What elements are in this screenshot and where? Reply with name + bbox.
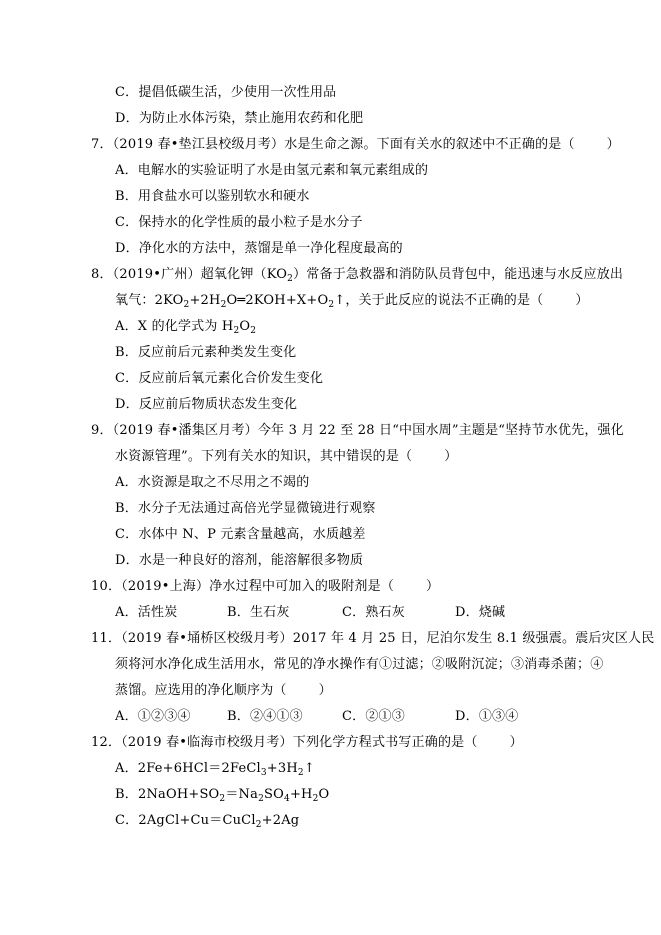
q9-option-d: D．水是一种良好的溶剂，能溶解很多物质 (115, 550, 363, 572)
question-number: 10． (91, 579, 121, 594)
q10-stem: 10．（2019•上海）净水过程中可加入的吸附剂是（） (91, 576, 439, 598)
q7-option-b: B．用食盐水可以鉴别软水和硬水 (115, 186, 310, 208)
option-label: C． (115, 85, 138, 100)
option-text: 提倡低碳生活，少使用一次性用品 (138, 85, 336, 100)
question-number: 9． (91, 423, 113, 438)
q8-option-b: B．反应前后元素种类发生变化 (115, 342, 296, 364)
question-number: 12． (91, 735, 121, 750)
question-number: 8． (91, 267, 113, 282)
q10-options-row: A．活性炭 B．生石灰 C．熟石灰 D．烧碱 (115, 602, 575, 624)
option-label: D． (115, 111, 139, 126)
question-source: （2019 春•埇桥区校级月考） (121, 631, 293, 646)
q6-option-c: C．提倡低碳生活，少使用一次性用品 (115, 82, 336, 104)
chemical-equation: 2KO2+2H2O═2KOH+X+O2↑ (155, 293, 346, 308)
q9-stem-line2: 水资源管理”。下列有关水的知识，其中错误的是（） (115, 446, 457, 468)
question-number: 7． (91, 137, 113, 152)
q7-stem: 7．（2019 春•垫江县校级月考）水是生命之源。下面有关水的叙述中不正确的是（… (91, 134, 620, 156)
q9-option-c: C．水体中 N、P 元素含量越高，水质越差 (115, 524, 366, 546)
q10-option-b: B．生石灰 (227, 602, 290, 624)
q8-stem-line2: 氧气：2KO2+2H2O═2KOH+X+O2↑，关于此反应的说法不正确的是（） (115, 290, 589, 312)
q7-option-c: C．保持水的化学性质的最小粒子是水分子 (115, 212, 363, 234)
question-source: （2019 春•临海市校级月考） (121, 735, 293, 750)
question-source: （2019 春•垫江县校级月考） (113, 137, 285, 152)
q11-option-b: B．②④①③ (227, 706, 303, 728)
question-source: （2019•上海） (121, 579, 209, 594)
q10-option-a: A．活性炭 (115, 602, 177, 624)
question-source: （2019•广州） (113, 267, 201, 282)
q11-options-row: A．①②③④ B．②④①③ C．②①③ D．①③④ (115, 706, 575, 728)
q11-option-c: C．②①③ (342, 706, 405, 728)
q11-stem-line3: 蒸馏。应选用的净化顺序为（） (115, 680, 332, 702)
q11-option-a: A．①②③④ (115, 706, 191, 728)
q7-option-d: D．净化水的方法中，蒸馏是单一净化程度最高的 (115, 238, 403, 260)
q10-option-d: D．烧碱 (455, 602, 505, 624)
q11-option-d: D．①③④ (455, 706, 518, 728)
exam-page: C．提倡低碳生活，少使用一次性用品 D．为防止水体污染，禁止施用农药和化肥 7．… (0, 0, 661, 935)
q8-stem-line1: 8．（2019•广州）超氧化钾（KO2）常备于急救器和消防队员背包中，能迅速与水… (91, 264, 623, 286)
q12-option-c: C．2AgCl+Cu＝CuCl2+2Ag (115, 810, 299, 832)
question-source: （2019 春•潘集区月考） (113, 423, 258, 438)
question-number: 11． (91, 631, 121, 646)
q7-option-a: A．电解水的实验证明了水是由氢元素和氧元素组成的 (115, 160, 428, 182)
option-text: 为防止水体污染，禁止施用农药和化肥 (139, 111, 363, 126)
q9-stem-line1: 9．（2019 春•潘集区月考）今年 3 月 22 至 28 日“中国水周”主题… (91, 420, 624, 442)
q11-stem-line2: 须将河水净化成生活用水，常见的净水操作有①过滤；②吸附沉淀；③消毒杀菌；④ (115, 654, 603, 676)
q9-option-a: A．水资源是取之不尽用之不竭的 (115, 472, 309, 494)
q9-option-b: B．水分子无法通过高倍光学显微镜进行观察 (115, 498, 376, 520)
q12-option-b: B．2NaOH+SO2＝Na2SO4+H2O (115, 784, 329, 806)
q6-option-d: D．为防止水体污染，禁止施用农药和化肥 (115, 108, 363, 130)
q10-option-c: C．熟石灰 (342, 602, 405, 624)
q12-stem: 12．（2019 春•临海市校级月考）下列化学方程式书写正确的是（） (91, 732, 523, 754)
q12-option-a: A．2Fe+6HCl＝2FeCl3+3H2↑ (115, 758, 315, 780)
q8-option-a: A．X 的化学式为 H2O2 (115, 316, 256, 338)
q8-option-c: C．反应前后氧元素化合价发生变化 (115, 368, 323, 390)
q11-stem-line1: 11．（2019 春•埇桥区校级月考）2017 年 4 月 25 日，尼泊尔发生… (91, 628, 654, 650)
question-text: 水是生命之源。下面有关水的叙述中不正确的是（ (284, 137, 574, 152)
q8-option-d: D．反应前后物质状态发生变化 (115, 394, 297, 416)
